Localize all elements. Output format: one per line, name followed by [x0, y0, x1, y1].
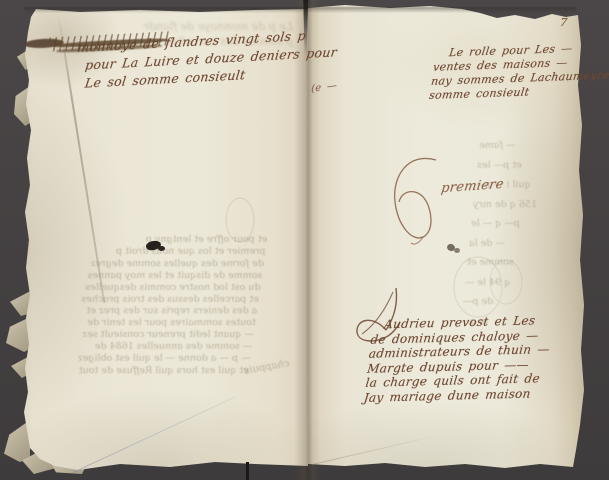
ghost-line: de forme des quelles somme degrez [51, 258, 265, 270]
ghost-line: toutes sommaires pour les tenir de [43, 317, 257, 329]
ghost-line: du ost lod nostre commis desquelles [48, 282, 262, 294]
bleedthrough-flourish [222, 196, 258, 244]
torn-edge-chip [4, 420, 30, 462]
torn-edge-chip [10, 290, 30, 316]
bleedthrough-text-block: et pour offre et lentgny p premier et lo… [36, 234, 268, 377]
paraph-flourish [386, 150, 444, 248]
ghost-line: et parcelles dessus des trois proches [46, 294, 260, 306]
ghost-line: a des deniers repris sur des prez et [44, 305, 258, 317]
ghost-line: 156 q de mry [472, 195, 580, 215]
ink-blot [454, 248, 460, 253]
ghost-line: — p — a donne — le quil est obligez [38, 353, 252, 365]
ghost-line: et p— les [476, 156, 584, 176]
right-note-text: Le rolle pour Les — ventes des maisons —… [428, 41, 596, 103]
ghost-line: — fame [478, 136, 586, 156]
entry-text: Audrieu prevost et Les de dominiques cha… [363, 312, 583, 405]
ghost-line: — quant ledit preneur consieult sez [41, 329, 255, 341]
book-spine-support [246, 462, 249, 480]
ghost-line: somme de disquit et les moy pannes [49, 270, 263, 282]
bleedthrough-flourish [448, 252, 528, 322]
ghost-line: p— q — le [470, 214, 578, 234]
manuscript-scan: Le p de monnoye de flandr p somme des pa… [0, 0, 609, 480]
ink-blot [158, 246, 165, 251]
ghost-line: et quil est hors quil Reffuse de tout [36, 365, 250, 377]
ghost-line: — somme des annuelles 1684 de [39, 341, 253, 353]
ghost-line: — de la [468, 234, 576, 254]
